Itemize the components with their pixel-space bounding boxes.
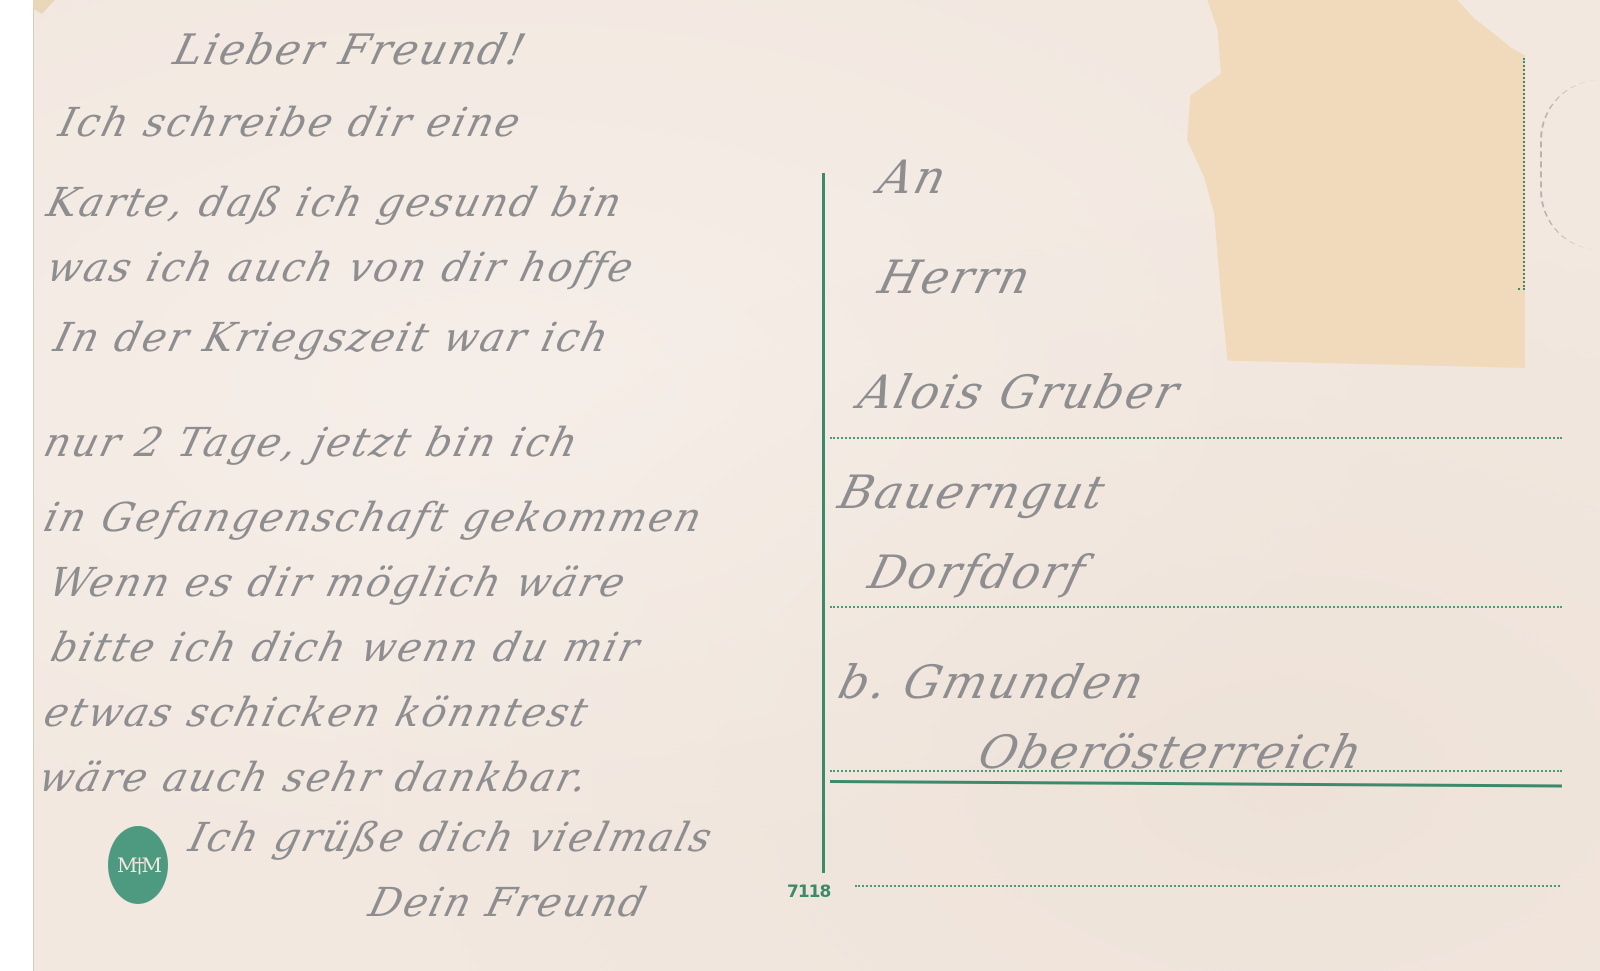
message-line: etwas schicken könntest (39, 690, 594, 736)
address-line-town: b. Gmunden (833, 655, 1151, 709)
message-address-divider (822, 173, 825, 873)
stamp-box-outline-foot (1518, 288, 1525, 290)
message-line: Wenn es dir möglich wäre (44, 560, 631, 606)
message-line: wäre auch sehr dankbar. (34, 755, 594, 801)
address-line-village: Dorfdorf (863, 545, 1092, 599)
address-salutation: Herrn (873, 250, 1037, 304)
address-dotted-line-2 (830, 606, 1562, 608)
removed-stamp-residue (1187, 0, 1525, 368)
address-dotted-line-4 (855, 885, 1560, 887)
address-line-farm: Bauerngut (833, 465, 1112, 519)
message-line: Ich schreibe dir eine (54, 100, 527, 146)
publisher-logo-icon: MJM monogramM†M (108, 826, 168, 904)
address-dotted-line-1 (830, 437, 1562, 439)
message-salutation: Lieber Freund! (169, 25, 533, 74)
message-signature: Dein Freund (364, 880, 652, 926)
card-number: 7118 (787, 882, 830, 902)
message-line: nur 2 Tage, jetzt bin ich (39, 420, 584, 466)
stamp-box-outline (1523, 58, 1525, 290)
message-line: in Gefangenschaft gekommen (39, 495, 708, 541)
address-line-region: Oberösterreich (973, 725, 1369, 779)
message-closing: Ich grüße dich vielmals (184, 815, 718, 861)
message-line: bitte ich dich wenn du mir (46, 625, 645, 671)
address-prefix: An (873, 150, 953, 204)
message-line: was ich auch von dir hoffe (42, 245, 639, 291)
address-recipient-name: Alois Gruber (853, 365, 1186, 419)
message-line: Karte, daß ich gesund bin (42, 180, 628, 226)
message-line: In der Kriegszeit war ich (49, 315, 615, 361)
